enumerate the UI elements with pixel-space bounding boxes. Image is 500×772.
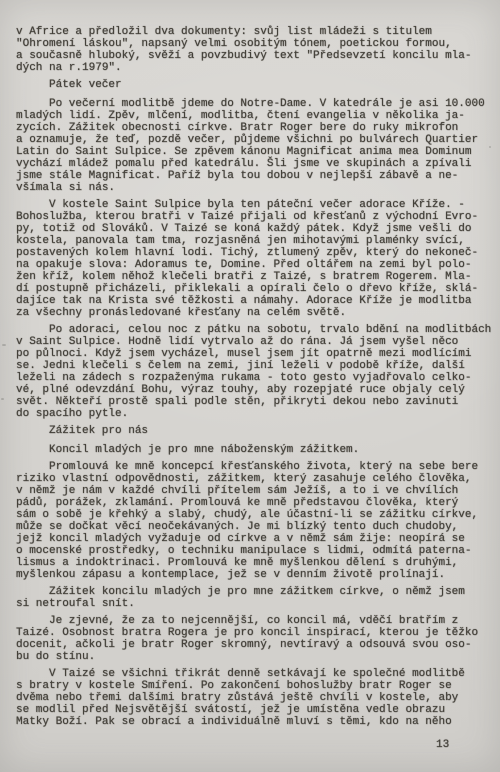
paragraph-bratr-roger: Je zjevné, že za to nejcennější, co konc… (16, 615, 494, 663)
scanned-typewritten-page: v Africe a předložil dva dokumenty: svůj… (0, 0, 500, 772)
section-heading-patek-vecer: Pátek večer (49, 79, 494, 91)
paragraph-africa-documents: v Africe a předložil dva dokumenty: svůj… (16, 26, 494, 74)
page-number: 13 (436, 739, 449, 751)
paragraph-koncil-zazitek: Koncil mladých je pro mne náboženským zá… (16, 444, 494, 456)
paragraph-taize-modlitba: V Taizé se všichni třikrát denně setkáva… (16, 668, 494, 728)
section-heading-zazitek-pro-nas: Zážitek pro nás (49, 425, 494, 437)
paper-speck (1, 398, 4, 400)
paper-speck (2, 344, 6, 346)
paragraph-saint-sulpice-adorace: V kostele Saint Sulpice byla ten páteční… (16, 199, 494, 319)
paper-speck (489, 146, 491, 148)
paragraph-promlouva-koncepci: Promlouvá ke mně koncepcí křesťanského ž… (16, 461, 494, 581)
paragraph-nocni-bdeni: Po adoraci, celou noc z pátku na sobotu,… (16, 324, 494, 420)
page-text-body: v Africe a předložil dva dokumenty: svůj… (16, 26, 494, 733)
paragraph-zazitek-cirkve: Zážitek koncilu mladých je pro mne zážit… (16, 586, 494, 610)
paragraph-notre-dame: Po večerní modlitbě jdeme do Notre-Dame.… (16, 98, 494, 194)
